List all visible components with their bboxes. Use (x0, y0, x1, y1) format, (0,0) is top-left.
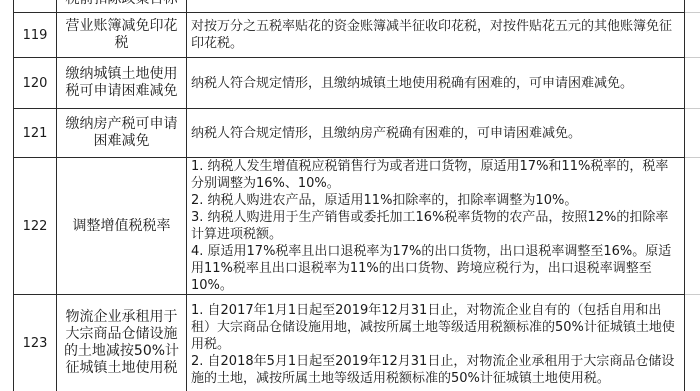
table-row: 123 物流企业承租用于大宗商品仓储设施的土地减按50%计征城镇土地使用税 1.… (13, 295, 700, 391)
policy-description: 1. 纳税人发生增值税应税销售行为或者进口货物，原适用17%和11%税率的，税率… (187, 158, 685, 295)
table-row: 122 调整增值税税率 1. 纳税人发生增值税应税销售行为或者进口货物，原适用1… (13, 158, 700, 295)
row-number: 122 (13, 158, 57, 295)
next-column-sliver (685, 295, 700, 391)
description-paragraph: 纳税人符合规定情形，且缴纳房产税确有困难的，可申请困难减免。 (191, 125, 680, 142)
policy-description: 纳税人符合规定情形，且缴纳城镇土地使用税确有困难的，可申请困难减免。 (187, 58, 685, 109)
policy-name: 缴纳城镇土地使用税可申请困难减免 (57, 58, 187, 109)
description-paragraph: 3. 纳税人购进用于生产销售或委托加工16%税率货物的农产品，按照12%的扣除率… (191, 209, 680, 243)
row-number: 123 (13, 295, 57, 391)
tax-relief-table: 税前扣除政策目标 119 营业账簿减免印花税 对按万分之五税率贴花的资金账簿减半… (13, 0, 700, 391)
next-column-sliver (685, 13, 700, 58)
policy-description-cell (187, 0, 685, 13)
policy-name-cell: 税前扣除政策目标 (57, 0, 187, 13)
table-row-clipped: 税前扣除政策目标 (13, 0, 700, 13)
row-number: 119 (13, 13, 57, 58)
next-column-sliver (685, 58, 700, 109)
description-paragraph: 1. 自2017年1月1日起至2019年12月31日止，对物流企业自有的（包括自… (191, 302, 680, 353)
description-paragraph: 1. 纳税人发生增值税应税销售行为或者进口货物，原适用17%和11%税率的，税率… (191, 158, 680, 192)
policy-name: 调整增值税税率 (57, 158, 187, 295)
policy-name: 营业账簿减免印花税 (57, 13, 187, 58)
description-paragraph: 纳税人符合规定情形，且缴纳城镇土地使用税确有困难的，可申请困难减免。 (191, 75, 680, 92)
tax-policy-table-screenshot: 税前扣除政策目标 119 营业账簿减免印花税 对按万分之五税率贴花的资金账簿减半… (0, 0, 700, 391)
description-paragraph: 对按万分之五税率贴花的资金账簿减半征收印花税，对按件贴花五元的其他账簿免征印花税… (191, 18, 680, 52)
policy-name: 物流企业承租用于大宗商品仓储设施的土地减按50%计征城镇土地使用税 (57, 295, 187, 391)
policy-name: 缴纳房产税可申请困难减免 (57, 109, 187, 158)
table-row: 119 营业账簿减免印花税 对按万分之五税率贴花的资金账簿减半征收印花税，对按件… (13, 13, 700, 58)
row-number: 121 (13, 109, 57, 158)
next-column-sliver (685, 158, 700, 295)
next-column-sliver (685, 0, 700, 13)
policy-description: 1. 自2017年1月1日起至2019年12月31日止，对物流企业自有的（包括自… (187, 295, 685, 391)
row-number: 120 (13, 58, 57, 109)
description-paragraph: 2. 自2018年5月1日起至2019年12月31日止，对物流企业承租用于大宗商… (191, 353, 680, 387)
clipped-policy-name: 税前扣除政策目标 (57, 0, 186, 8)
description-paragraph: 4. 原适用17%税率且出口退税率为17%的出口货物，出口退税率调整至16%。原… (191, 243, 680, 294)
next-column-sliver (685, 109, 700, 158)
description-paragraph: 2. 纳税人购进农产品，原适用11%扣除率的，扣除率调整为10%。 (191, 192, 680, 209)
policy-description: 纳税人符合规定情形，且缴纳房产税确有困难的，可申请困难减免。 (187, 109, 685, 158)
table-row: 121 缴纳房产税可申请困难减免 纳税人符合规定情形，且缴纳房产税确有困难的，可… (13, 109, 700, 158)
table-row: 120 缴纳城镇土地使用税可申请困难减免 纳税人符合规定情形，且缴纳城镇土地使用… (13, 58, 700, 109)
row-number-cell (13, 0, 57, 13)
policy-description: 对按万分之五税率贴花的资金账簿减半征收印花税，对按件贴花五元的其他账簿免征印花税… (187, 13, 685, 58)
